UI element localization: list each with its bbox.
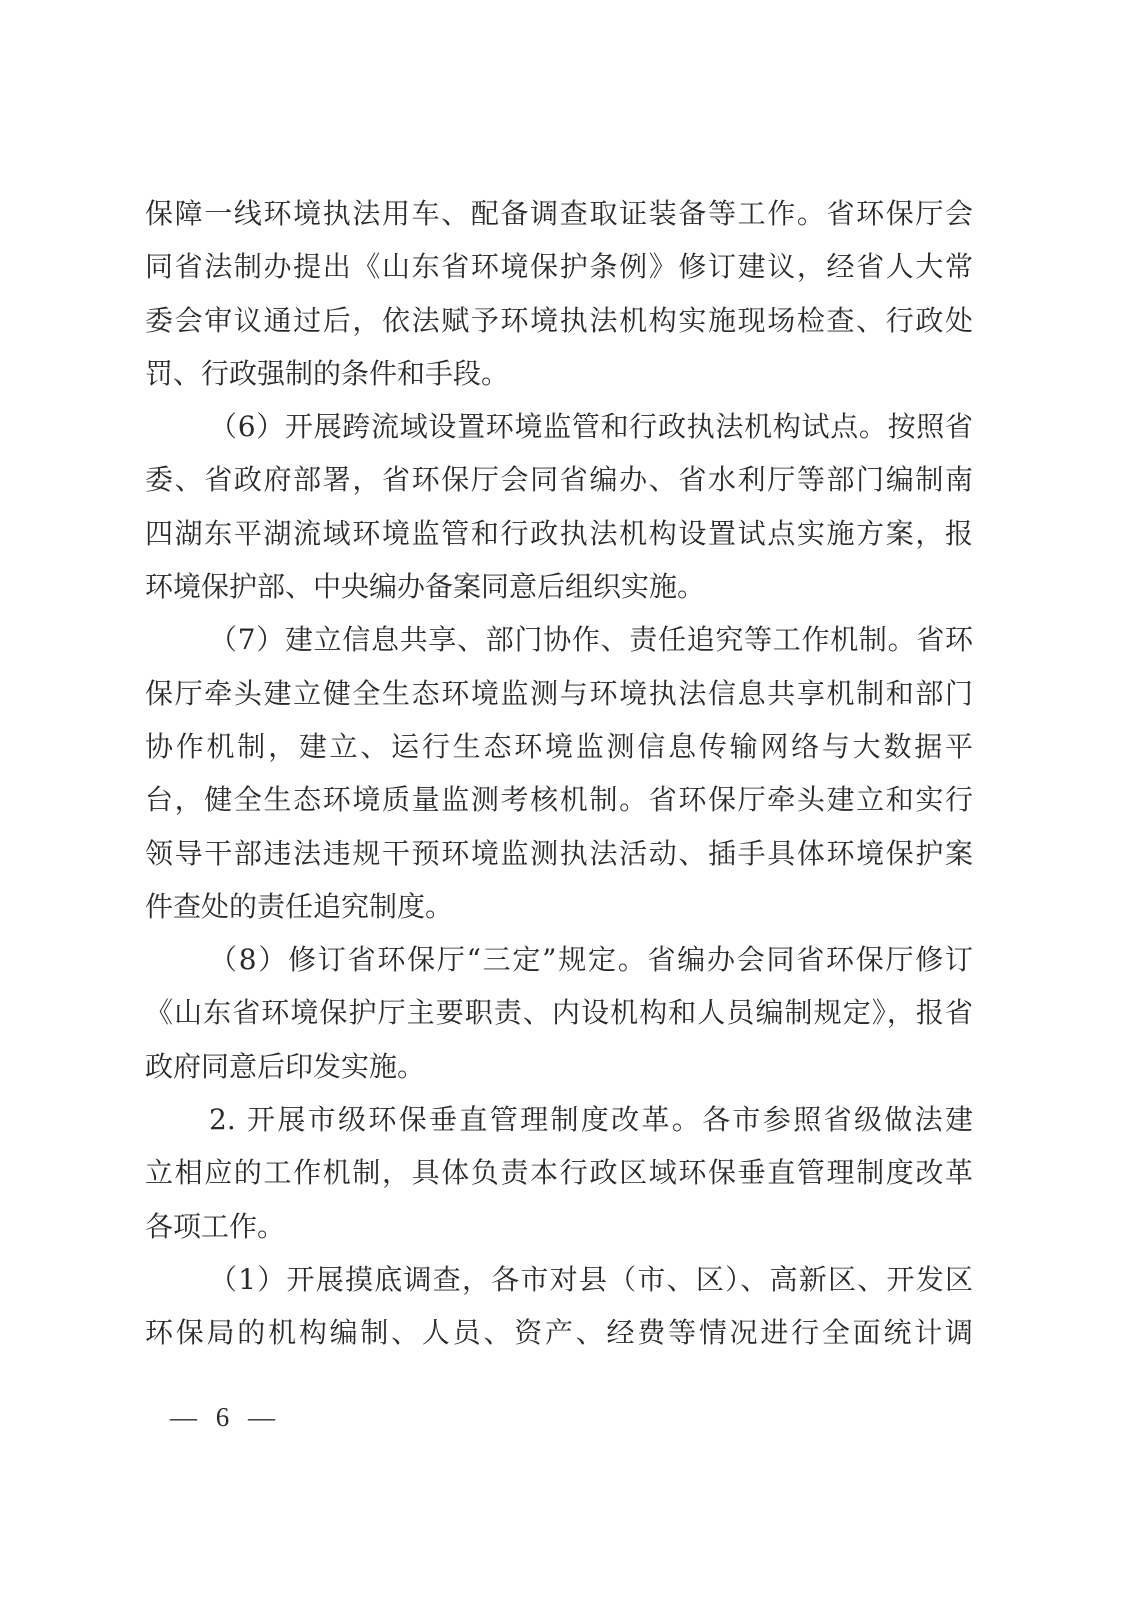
- paragraph-heading-line: （6）开展跨流域设置环境监管和行政执法机构试点。按照省: [145, 400, 973, 453]
- text-line: 协作机制，建立、运行生态环境监测信息传输网络与大数据平: [145, 720, 973, 773]
- text-line: 《山东省环境保护厅主要职责、内设机构和人员编制规定》，报省: [145, 986, 973, 1039]
- text-line: 立相应的工作机制，具体负责本行政区域环保垂直管理制度改革: [145, 1146, 973, 1199]
- text-line: 领导干部违法违规干预环境监测执法活动、插手具体环境保护案: [145, 827, 973, 880]
- document-page: 保障一线环境执法用车、配备调查取证装备等工作。省环保厅会 同省法制办提出《山东省…: [0, 0, 1131, 1600]
- text-line: 环保局的机构编制、人员、资产、经费等情况进行全面统计调: [145, 1306, 973, 1359]
- text-line: 各项工作。: [145, 1200, 973, 1253]
- text-line: 件查处的责任追究制度。: [145, 880, 973, 933]
- paragraph-heading-line: （7）建立信息共享、部门协作、责任追究等工作机制。省环: [145, 613, 973, 666]
- text-line: 委会审议通过后，依法赋予环境执法机构实施现场检查、行政处: [145, 294, 973, 347]
- text-line: 同省法制办提出《山东省环境保护条例》修订建议，经省人大常: [145, 240, 973, 293]
- text-line: 罚、行政强制的条件和手段。: [145, 347, 973, 400]
- document-body: 保障一线环境执法用车、配备调查取证装备等工作。省环保厅会 同省法制办提出《山东省…: [145, 187, 973, 1360]
- paragraph-heading-line: （1）开展摸底调查，各市对县（市、区）、高新区、开发区: [145, 1253, 973, 1306]
- text-line: 保厅牵头建立健全生态环境监测与环境执法信息共享机制和部门: [145, 667, 973, 720]
- text-line: 政府同意后印发实施。: [145, 1040, 973, 1093]
- text-line: 保障一线环境执法用车、配备调查取证装备等工作。省环保厅会: [145, 187, 973, 240]
- text-line: 委、省政府部署，省环保厅会同省编办、省水利厅等部门编制南: [145, 453, 973, 506]
- text-line: 环境保护部、中央编办备案同意后组织实施。: [145, 560, 973, 613]
- text-line: 四湖东平湖流域环境监管和行政执法机构设置试点实施方案，报: [145, 507, 973, 560]
- section-heading-line: 2. 开展市级环保垂直管理制度改革。各市参照省级做法建: [145, 1093, 973, 1146]
- paragraph-heading-line: （8）修订省环保厅“三定”规定。省编办会同省环保厅修订: [145, 933, 973, 986]
- text-line: 台，健全生态环境质量监测考核机制。省环保厅牵头建立和实行: [145, 773, 973, 826]
- page-number: — 6 —: [170, 1402, 281, 1433]
